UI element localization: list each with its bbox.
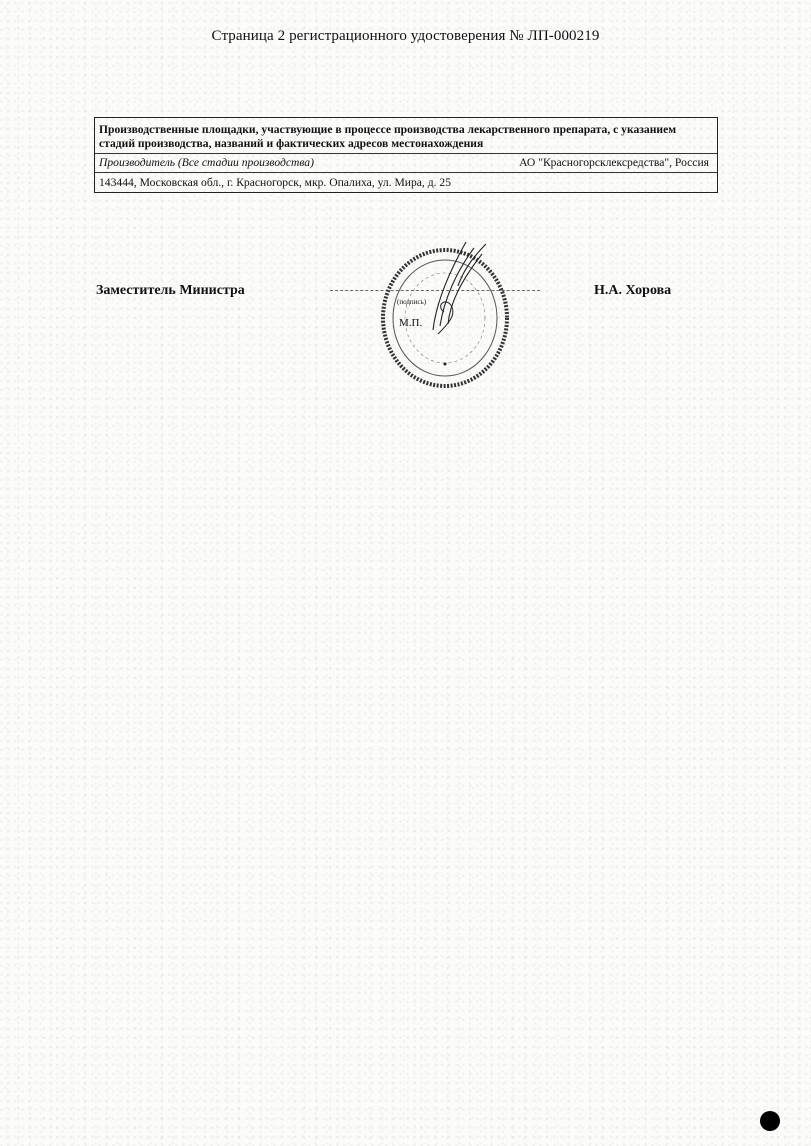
- table-row: Производитель (Все стадии производства) …: [95, 154, 717, 173]
- manufacturer-role: Производитель (Все стадии производства): [99, 156, 314, 170]
- table-heading: Производственные площадки, участвующие в…: [95, 118, 717, 154]
- manufacturer-company: АО "Красногорсклексредства", Россия: [519, 156, 713, 170]
- signatory-position: Заместитель Министра: [96, 283, 245, 299]
- manufacturing-sites-table: Производственные площадки, участвующие в…: [94, 117, 718, 193]
- page-title: Страница 2 регистрационного удостоверени…: [0, 28, 811, 45]
- manufacturer-address: 143444, Московская обл., г. Красногорск,…: [95, 173, 717, 192]
- signatory-name: Н.А. Хорова: [594, 283, 671, 299]
- official-stamp-icon: [378, 234, 512, 390]
- stamp-place-label: М.П.: [399, 317, 422, 329]
- signature-caption: (подпись): [397, 298, 426, 306]
- scan-mark: [760, 1111, 780, 1131]
